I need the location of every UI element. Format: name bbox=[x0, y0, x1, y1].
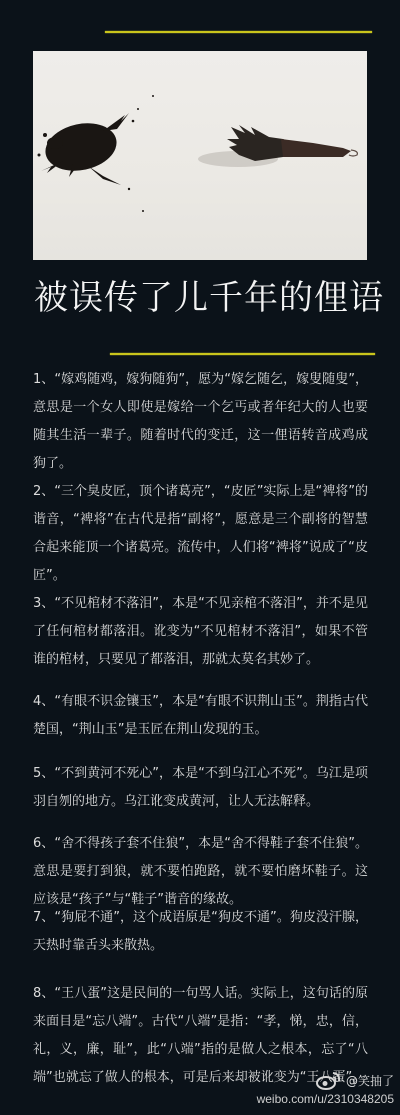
watermark-username: @笑抽了 bbox=[346, 1072, 394, 1089]
ink-bug-and-brush-illustration bbox=[33, 51, 367, 260]
page-title: 被误传了儿千年的俚语 bbox=[34, 270, 384, 319]
idiom-paragraph-7: 7、“狗屁不通”，这个成语原是“狗皮不通”。狗皮没汗腺，天热时靠舌头来散热。 bbox=[33, 904, 368, 960]
hero-image bbox=[33, 51, 367, 260]
top-accent-line bbox=[105, 31, 372, 33]
idiom-paragraph-6: 6、“舍不得孩子套不住狼”，本是“舍不得鞋子套不住狼”。意思是要打到狼，就不要怕… bbox=[33, 830, 368, 914]
watermark-url: weibo.com/u/2310348205 bbox=[257, 1092, 394, 1106]
idiom-paragraph-1: 1、“嫁鸡随鸡，嫁狗随狗”，愿为“嫁乞随乞，嫁叟随叟”，意思是一个女人即使是嫁给… bbox=[33, 366, 368, 478]
section-accent-line bbox=[110, 353, 375, 355]
idiom-paragraph-3: 3、“不见棺材不落泪”，本是“不见亲棺不落泪”，并不是见了任何棺材都落泪。讹变为… bbox=[33, 590, 368, 674]
idiom-paragraph-5: 5、“不到黄河不死心”，本是“不到乌江心不死”。乌江是项羽自刎的地方。乌江讹变成… bbox=[33, 760, 368, 816]
idiom-paragraph-4: 4、“有眼不识金镶玉”，本是“有眼不识荆山玉”。荆指古代楚国，“荆山玉”是玉匠在… bbox=[33, 688, 368, 744]
weibo-icon bbox=[316, 1070, 342, 1090]
idiom-paragraph-2: 2、“三个臭皮匠，顶个诸葛亮”，“皮匠”实际上是“裨将”的谐音，“裨将”在古代是… bbox=[33, 478, 368, 590]
weibo-watermark: @笑抽了 weibo.com/u/2310348205 bbox=[257, 1070, 394, 1106]
